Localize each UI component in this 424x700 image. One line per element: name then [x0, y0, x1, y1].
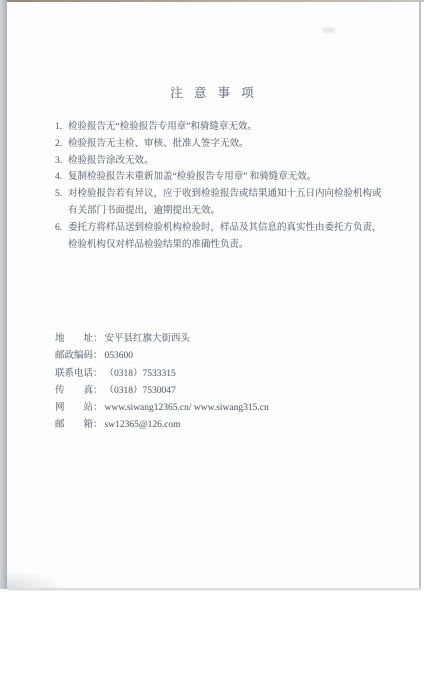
- scan-top-edge: [7, 0, 424, 2]
- note-number: 1.: [55, 119, 68, 136]
- contact-row: 邮 箱： sw12365@126.com: [55, 417, 385, 434]
- note-text: 检验报告无“检验报告专用章”和骑缝章无效。: [68, 119, 389, 136]
- notes-list: 1. 检验报告无“检验报告专用章”和骑缝章无效。 2. 检验报告无主检、审核、批…: [55, 119, 389, 253]
- contact-block: 地 址： 安平县红旗大街西头 邮政编码： 053600 联系电话： （0318）…: [55, 331, 385, 435]
- note-text: 委托方将样品送到检验机构检验时，样品及其信息的真实性由委托方负责，检验机构仅对样…: [68, 220, 389, 254]
- contact-label: 邮 箱：: [55, 417, 103, 434]
- note-item: 6. 委托方将样品送到检验机构检验时，样品及其信息的真实性由委托方负责，检验机构…: [55, 220, 389, 254]
- contact-label: 联系电话：: [55, 366, 103, 383]
- contact-value: （0318）7530047: [105, 383, 385, 400]
- contact-value: sw12365@126.com: [105, 417, 385, 434]
- contact-label: 邮政编码：: [55, 348, 103, 365]
- contact-label: 地 址：: [55, 331, 103, 348]
- contact-value: www.siwang12365.cn/ www.siwang315.cn: [105, 400, 385, 417]
- scan-bottom-edge: [7, 588, 421, 591]
- contact-value: （0318）7533315: [105, 366, 385, 383]
- note-item: 3. 检验报告涂改无效。: [55, 153, 389, 170]
- contact-row: 地 址： 安平县红旗大街西头: [55, 331, 385, 348]
- note-item: 2. 检验报告无主检、审核、批准人签字无效。: [55, 136, 389, 153]
- note-text: 检验报告无主检、审核、批准人签字无效。: [68, 136, 389, 153]
- contact-label: 传 真：: [55, 383, 103, 400]
- note-text: 复制检验报告未重新加盖“检验报告专用章” 和骑缝章无效。: [68, 169, 389, 186]
- note-item: 5. 对检验报告若有异议，应于收到检验报告或结果通知十五日内向检验机构或有关部门…: [55, 186, 389, 220]
- scanned-document: 注 意 事 项 1. 检验报告无“检验报告专用章”和骑缝章无效。 2. 检验报告…: [0, 0, 424, 700]
- contact-value: 安平县红旗大街西头: [105, 331, 385, 348]
- contact-row: 邮政编码： 053600: [55, 348, 385, 365]
- page-corner-shadow: [7, 570, 67, 588]
- note-item: 1. 检验报告无“检验报告专用章”和骑缝章无效。: [55, 119, 389, 136]
- note-number: 3.: [55, 153, 68, 170]
- contact-row: 联系电话： （0318）7533315: [55, 366, 385, 383]
- scan-smudge: [322, 27, 336, 33]
- note-number: 2.: [55, 136, 68, 153]
- note-number: 6.: [55, 220, 68, 237]
- note-number: 4.: [55, 169, 68, 186]
- note-text: 对检验报告若有异议，应于收到检验报告或结果通知十五日内向检验机构或有关部门书面提…: [68, 186, 389, 220]
- scan-left-edge: [0, 0, 7, 589]
- note-item: 4. 复制检验报告未重新加盖“检验报告专用章” 和骑缝章无效。: [55, 169, 389, 186]
- note-number: 5.: [55, 186, 68, 203]
- contact-label: 网 站：: [55, 400, 103, 417]
- contact-row: 传 真： （0318）7530047: [55, 383, 385, 400]
- contact-value: 053600: [105, 348, 385, 365]
- page-title: 注 意 事 项: [7, 83, 421, 101]
- contact-row: 网 站： www.siwang12365.cn/ www.siwang315.c…: [55, 400, 385, 417]
- note-text: 检验报告涂改无效。: [68, 153, 389, 170]
